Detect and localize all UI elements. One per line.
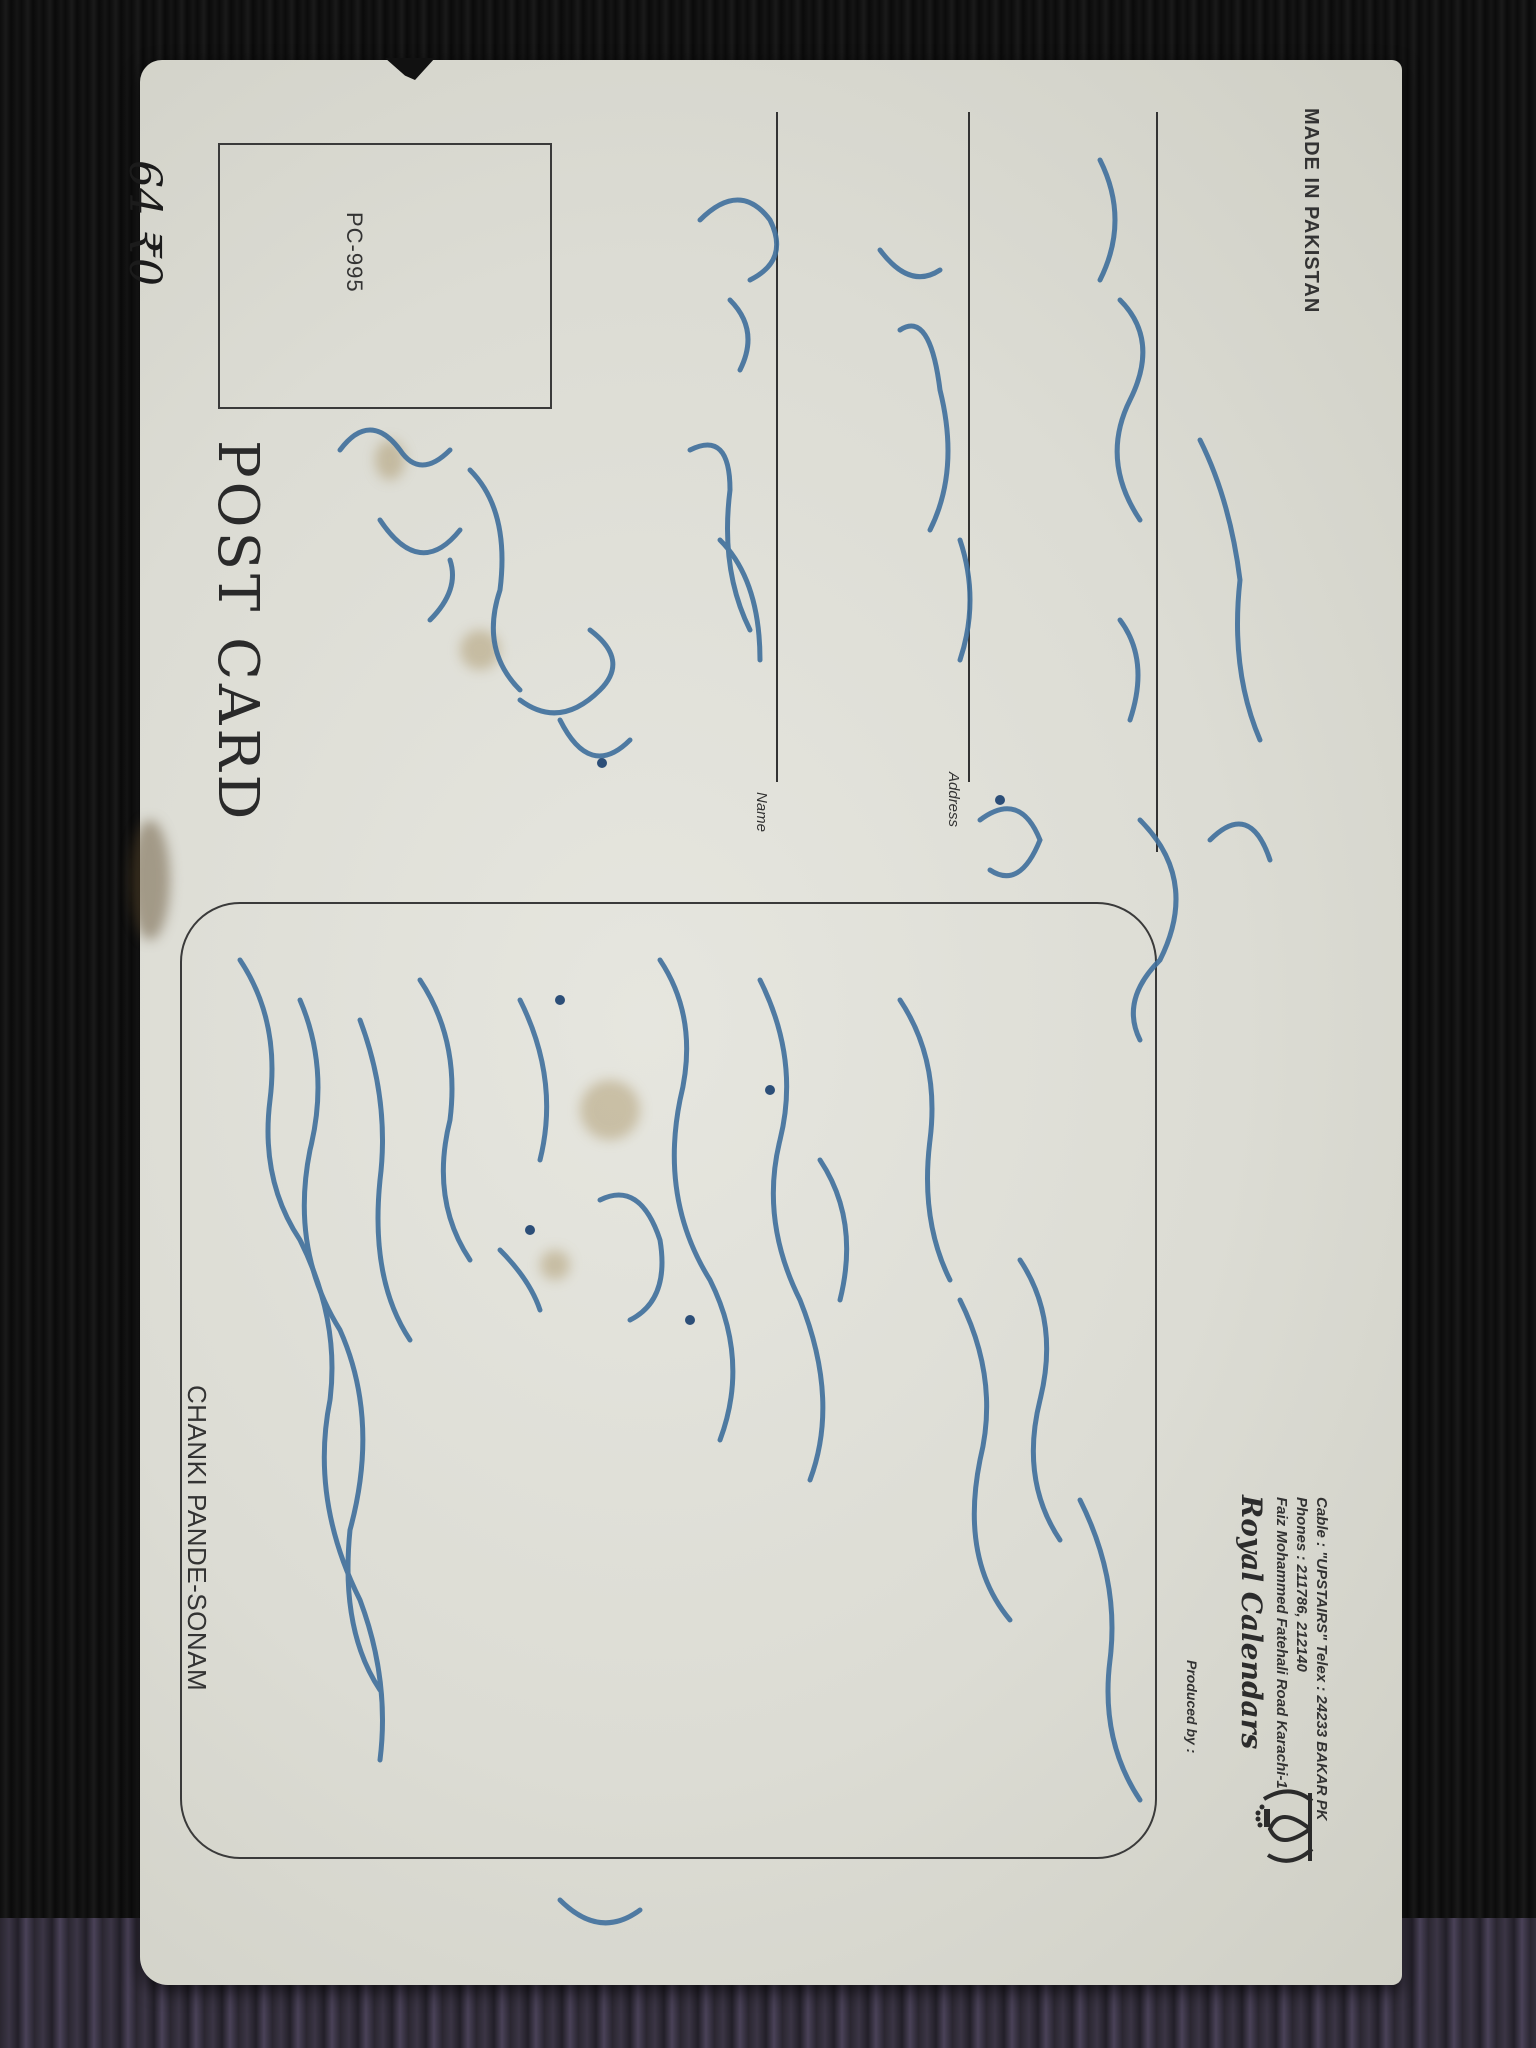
- stain: [375, 440, 405, 480]
- message-area: [180, 902, 1157, 1859]
- postcard-title: POST CARD: [205, 440, 270, 823]
- royal-calendars-logo-icon: [1250, 1785, 1330, 1865]
- address-line-2: [968, 112, 970, 782]
- made-in-label: MADE IN PAKISTAN: [1299, 108, 1322, 313]
- publisher-name: Royal Calendars: [1235, 1495, 1268, 1749]
- publisher-cable-telex: Cable : "UPSTAIRS" Telex : 24233 BAKAR P…: [1313, 1497, 1330, 1820]
- stamp-box-code: PC-995: [341, 212, 367, 293]
- stain: [460, 630, 500, 670]
- address-line-1: [776, 112, 778, 782]
- address-label: Address: [945, 772, 962, 827]
- name-label: Name: [753, 792, 770, 832]
- picture-caption: CHANKI PANDE-SONAM: [181, 1385, 212, 1691]
- stamp-box: [218, 143, 552, 409]
- publisher-phones: Phones : 211786, 212140: [1293, 1497, 1310, 1672]
- publisher-address: Faiz Mohammed Fatehali Road Karachi-1: [1273, 1497, 1290, 1789]
- handwritten-price: 64 ₹0: [119, 160, 170, 286]
- address-line-3: [1156, 112, 1158, 852]
- produced-by-label: Produced by :: [1184, 1660, 1200, 1753]
- torn-edge: [385, 58, 435, 80]
- stain: [130, 820, 170, 940]
